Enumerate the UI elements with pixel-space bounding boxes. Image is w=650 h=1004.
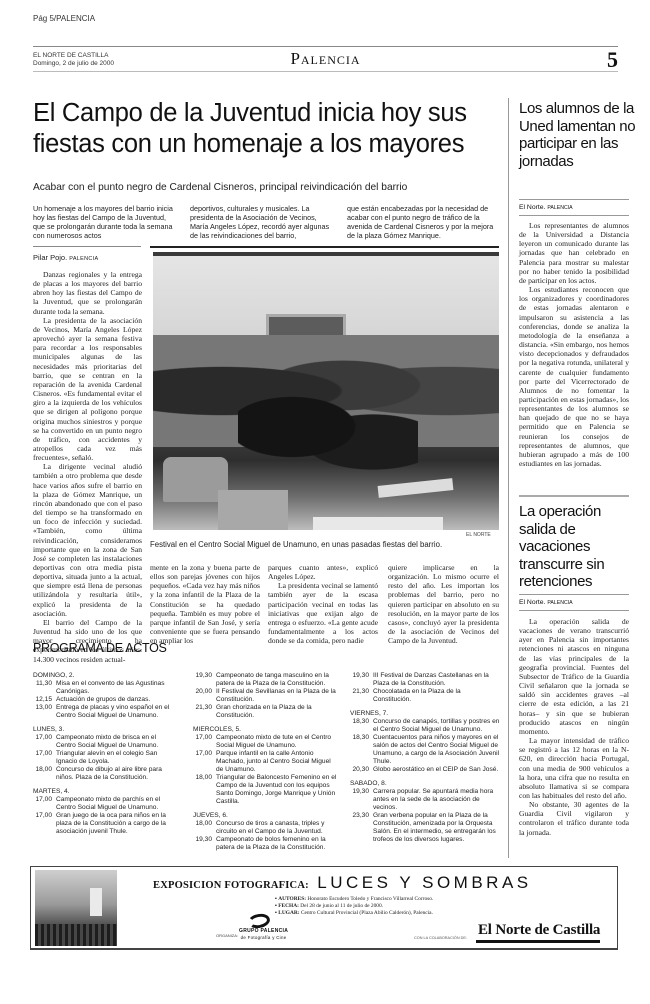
program-event: 18,30Concurso de canapés, tortillas y po… [350, 718, 500, 734]
event-description: Gran juego de la oca para niños en la pl… [56, 812, 175, 836]
event-description: II Festival de Sevillanas en la Plaza de… [216, 688, 338, 704]
program-day-label: LUNES, 3. [33, 726, 175, 734]
event-description: Campeonato mixto de brisca en el Centro … [56, 734, 175, 750]
section-name: Palencia [33, 49, 618, 69]
event-description: Campeonato mixto de tute en el Centro So… [216, 734, 338, 750]
main-subheadline: Acabar con el punto negro de Cardenal Ci… [33, 182, 503, 193]
page-reference: Pág 5/PALENCIA [33, 14, 95, 23]
event-time: 23,30 [350, 812, 373, 844]
ad-detail-line: ▪ LUGAR: Centro Cultural Provincial (Pla… [275, 910, 433, 917]
program-event: 21,30Gran chorizada en la Plaza de la Co… [193, 704, 338, 720]
event-time: 18,30 [350, 718, 373, 734]
photo-caption: Festival en el Centro Social Miguel de U… [150, 540, 442, 549]
program-day: LUNES, 3.17,00Campeonato mixto de brisca… [33, 726, 175, 782]
ad-title: EXPOSICION FOTOGRAFICA: LUCES Y SOMBRAS [153, 873, 532, 893]
program-day: 19,30Campeonato de tanga masculino en la… [193, 672, 338, 720]
sidebar-body-1: Los representantes de alumnos de la Univ… [519, 221, 629, 468]
program-day: SABADO, 8.19,30Carrera popular. Se apunt… [350, 780, 500, 844]
program-event: 19,30Campeonato de bolos femenino en la … [193, 836, 338, 852]
event-time: 18,00 [193, 820, 216, 836]
ad-detail-line: ▪ FECHA: Del 28 de junio al 11 de julio … [275, 903, 433, 910]
event-time: 19,30 [193, 672, 216, 688]
program-day: VIERNES, 7.18,30Concurso de canapés, tor… [350, 710, 500, 774]
body-paragraph: La presidenta de la asociación de Vecino… [33, 316, 142, 463]
program-day-label: MARTES, 4. [33, 788, 175, 796]
sidebar-byline-2: El Norte. PALENCIA [519, 594, 629, 611]
lead-paragraph: deportivos, culturales y musicales. La p… [190, 204, 335, 240]
body-paragraph: Los representantes de alumnos de la Univ… [519, 221, 629, 285]
event-description: Chocolatada en la Plaza de la Constituci… [373, 688, 500, 704]
divider [519, 495, 629, 497]
event-time: 17,00 [33, 812, 56, 836]
program-event: 17,00Campeonato mixto de brisca en el Ce… [33, 734, 175, 750]
organizer-name-line: GRUPO PALENCIA [239, 929, 288, 935]
program-event: 20,30Globo aerostático en el CEIP de San… [350, 766, 500, 774]
exhibition-advertisement: EXPOSICION FOTOGRAFICA: LUCES Y SOMBRAS … [30, 866, 618, 950]
byline-author: El Norte. [519, 599, 545, 606]
program-column-1: DOMINGO, 2.11,30Misa en el convento de l… [33, 672, 175, 836]
event-description: III Festival de Danzas Castellanas en la… [373, 672, 500, 688]
ad-landscape-photo [35, 870, 117, 946]
page-number: 5 [607, 47, 618, 73]
program-event: 19,30Campeonato de tanga masculino en la… [193, 672, 338, 688]
event-description: Campeonato de tanga masculino en la pate… [216, 672, 338, 688]
article-column-3: parques cuanto antes», explicó Angeles L… [268, 563, 378, 645]
event-time: 20,30 [350, 766, 373, 774]
byline-location: PALENCIA [69, 256, 98, 262]
byline-author: El Norte. [519, 204, 545, 211]
event-description: Parque infantil en la calle Antonio Mach… [216, 750, 338, 774]
sponsor-logo: El Norte de Castilla [476, 922, 600, 943]
body-paragraph: La operación salida de vacaciones de ver… [519, 617, 629, 736]
body-paragraph: quiere implicarse en la organización. Lo… [388, 563, 499, 645]
article-photo [153, 252, 499, 530]
program-day: 19,30III Festival de Danzas Castellanas … [350, 672, 500, 704]
column-divider [508, 98, 509, 858]
program-event: 18,30Cuentacuentos para niños y mayores … [350, 734, 500, 766]
event-description: Gran verbena popular en la Plaza de la C… [373, 812, 500, 844]
byline-location: PALENCIA [547, 205, 572, 211]
organizer-name: GRUPO PALENCIA de Fotografía y Cine [239, 929, 288, 940]
body-paragraph: mente en la zona y buena parte de ellos … [150, 563, 260, 645]
program-title: PROGRAMA DE ACTOS [33, 641, 167, 655]
article-column-1: Danzas regionales y la entrega de placas… [33, 270, 142, 664]
program-column-2: 19,30Campeonato de tanga masculino en la… [193, 672, 338, 852]
photo-water [35, 924, 117, 946]
body-paragraph: Danzas regionales y la entrega de placas… [33, 270, 142, 316]
program-event: 12,15Actuación de grupos de danzas. [33, 696, 175, 704]
ad-title-main: LUCES Y SOMBRAS [317, 873, 531, 892]
lead-paragraph: que están encabezadas por la necesidad d… [347, 204, 495, 240]
program-day: MIERCOLES, 5.17,00Campeonato mixto de tu… [193, 726, 338, 806]
program-day: MARTES, 4.17,00Campeonato mixto de parch… [33, 788, 175, 836]
organizer-label: ORGANIZA: [216, 933, 238, 938]
body-paragraph: La dirigente vecinal aludió también a ot… [33, 462, 142, 618]
detail-label: LUGAR: [278, 910, 299, 916]
program-event: 21,30Chocolatada en la Plaza de la Const… [350, 688, 500, 704]
program-event: 20,00II Festival de Sevillanas en la Pla… [193, 688, 338, 704]
event-time: 19,30 [350, 672, 373, 688]
detail-label: FECHA: [278, 903, 299, 909]
byline-location: PALENCIA [547, 600, 572, 606]
event-time: 17,00 [33, 796, 56, 812]
headline-line: fiestas con un homenaje a los mayores [33, 129, 503, 160]
photo-credit: EL NORTE [466, 532, 491, 538]
sidebar-body-2: La operación salida de vacaciones de ver… [519, 617, 629, 837]
byline: Pilar Pojo. PALENCIA [33, 253, 98, 262]
divider [150, 246, 499, 248]
program-day-label: DOMINGO, 2. [33, 672, 175, 680]
detail-label: AUTORES: [278, 896, 306, 902]
event-description: Gran chorizada en la Plaza de la Constit… [216, 704, 338, 720]
program-event: 18,00Concurso de tiros a canasta, triple… [193, 820, 338, 836]
divider [33, 246, 141, 247]
event-time: 21,30 [350, 688, 373, 704]
lead-paragraph: Un homenaje a los mayores del barrio ini… [33, 204, 173, 240]
event-description: Concurso de dibujo al aire libre para ni… [56, 766, 175, 782]
event-time: 18,00 [193, 774, 216, 806]
event-description: Campeonato de bolos femenino en la pater… [216, 836, 338, 852]
organizer-name-line: de Fotografía y Cine [239, 935, 288, 941]
event-time: 12,15 [33, 696, 56, 704]
masthead: EL NORTE DE CASTILLA Domingo, 2 de julio… [33, 46, 618, 72]
program-event: 17,00Parque infantil en la calle Antonio… [193, 750, 338, 774]
program-event: 18,00Concurso de dibujo al aire libre pa… [33, 766, 175, 782]
event-description: Concurso de canapés, tortillas y postres… [373, 718, 500, 734]
sidebar-headline-1: Los alumnos de la Uned lamentan no parti… [519, 100, 639, 170]
body-paragraph: La presidenta vecinal se lamentó también… [268, 581, 378, 645]
detail-text: Honorato Escudero Toledo y Francisco Vil… [306, 896, 433, 902]
program-event: 13,00Entrega de placas y vino español en… [33, 704, 175, 720]
detail-text: Centro Cultural Provincial (Plaza Abilio… [300, 910, 433, 916]
event-description: Carrera popular. Se apuntará media hora … [373, 788, 500, 812]
event-description: Cuentacuentos para niños y mayores en el… [373, 734, 500, 766]
ad-details: ▪ AUTORES: Honorato Escudero Toledo y Fr… [275, 896, 433, 917]
article-column-4: quiere implicarse en la organización. Lo… [388, 563, 499, 645]
program-event: 18,00Triangular de Baloncesto Femenino e… [193, 774, 338, 806]
program-day-label: SABADO, 8. [350, 780, 500, 788]
event-description: Concurso de tiros a canasta, triples y c… [216, 820, 338, 836]
event-description: Triangular de Baloncesto Femenino en el … [216, 774, 338, 806]
event-time: 18,30 [350, 734, 373, 766]
event-description: Misa en el convento de las Agustinas Can… [56, 680, 175, 696]
event-time: 13,00 [33, 704, 56, 720]
event-time: 17,00 [33, 750, 56, 766]
photo-tower [90, 888, 102, 916]
main-headline: El Campo de la Juventud inicia hoy sus f… [33, 98, 503, 160]
event-time: 17,00 [193, 750, 216, 774]
body-paragraph: Los estudiantes reconocen que los organi… [519, 285, 629, 468]
collaboration-label: CON LA COLABORACIÓN DE: [414, 936, 467, 940]
event-time: 19,30 [350, 788, 373, 812]
event-description: Campeonato mixto de parchís en el Centro… [56, 796, 175, 812]
sidebar-byline-1: El Norte. PALENCIA [519, 199, 629, 216]
photo-chair [218, 490, 288, 530]
program-event: 19,30III Festival de Danzas Castellanas … [350, 672, 500, 688]
event-time: 21,30 [193, 704, 216, 720]
headline-line: El Campo de la Juventud inicia hoy sus [33, 98, 503, 129]
photo-chair [313, 517, 443, 530]
program-event: 17,00Campeonato mixto de tute en el Cent… [193, 734, 338, 750]
event-time: 19,30 [193, 836, 216, 852]
event-description: Entrega de placas y vino español en el C… [56, 704, 175, 720]
program-day-label: MIERCOLES, 5. [193, 726, 338, 734]
program-event: 23,30Gran verbena popular en la Plaza de… [350, 812, 500, 844]
event-time: 11,30 [33, 680, 56, 696]
article-column-2: mente en la zona y buena parte de ellos … [150, 563, 260, 645]
sidebar-headline-2: La operación salida de vacaciones transc… [519, 503, 639, 591]
detail-text: Del 28 de junio al 11 de julio de 2000. [299, 903, 383, 909]
ad-detail-line: ▪ AUTORES: Honorato Escudero Toledo y Fr… [275, 896, 433, 903]
program-event: 17,00Gran juego de la oca para niños en … [33, 812, 175, 836]
body-paragraph: La mayor intensidad de tráfico se regist… [519, 736, 629, 800]
program-day-label: VIERNES, 7. [350, 710, 500, 718]
program-day-label: JUEVES, 6. [193, 812, 338, 820]
program-event: 11,30Misa en el convento de las Agustina… [33, 680, 175, 696]
event-description: Triangular alevín en el colegio San Igna… [56, 750, 175, 766]
photo-seated-people [238, 387, 418, 487]
event-time: 20,00 [193, 688, 216, 704]
body-paragraph: parques cuanto antes», explicó Angeles L… [268, 563, 378, 581]
program-event: 19,30Carrera popular. Se apuntará media … [350, 788, 500, 812]
event-time: 18,00 [33, 766, 56, 782]
program-event: 17,00Campeonato mixto de parchís en el C… [33, 796, 175, 812]
program-day: JUEVES, 6.18,00Concurso de tiros a canas… [193, 812, 338, 852]
body-paragraph: No obstante, 30 agentes de la Guardia Ci… [519, 800, 629, 837]
event-time: 17,00 [33, 734, 56, 750]
program-day: DOMINGO, 2.11,30Misa en el convento de l… [33, 672, 175, 720]
program-column-3: 19,30III Festival de Danzas Castellanas … [350, 672, 500, 844]
byline-author: Pilar Pojo. [33, 253, 67, 262]
program-event: 17,00Triangular alevín en el colegio San… [33, 750, 175, 766]
event-description: Actuación de grupos de danzas. [56, 696, 175, 704]
event-description: Globo aerostático en el CEIP de San José… [373, 766, 500, 774]
event-time: 17,00 [193, 734, 216, 750]
ad-title-prefix: EXPOSICION FOTOGRAFICA: [153, 880, 309, 891]
